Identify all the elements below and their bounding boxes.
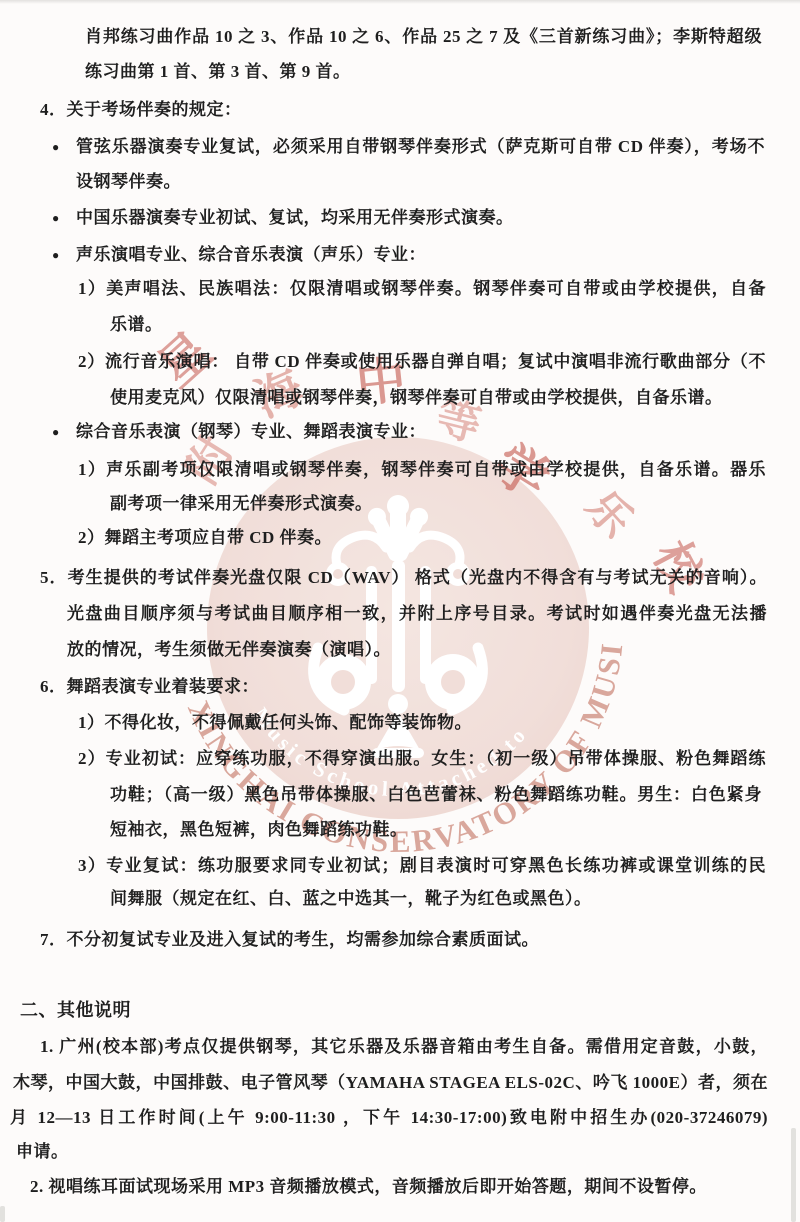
text-line: 综合音乐表演（钢琴）专业、舞蹈表演专业： [76, 419, 426, 445]
document-text: 肖邦练习曲作品 10 之 3、作品 10 之 6、作品 25 之 7 及《三首新… [0, 0, 800, 1222]
text-line: 光盘曲目顺序须与考试曲目顺序相一致，并附上序号目录。考试时如遇伴奏光盘无法播 [67, 601, 767, 627]
text-line: 间舞服（规定在红、白、蓝之中选其一，靴子为红色或黑色）。 [110, 886, 592, 912]
text-line: 申请。 [16, 1139, 69, 1165]
text-line: 2）流行音乐演唱： 自带 CD 伴奏或使用乐器自弹自唱；复试中演唱非流行歌曲部分… [78, 349, 766, 375]
text-line: 1）声乐副考项仅限清唱或钢琴伴奏，钢琴伴奏可自带或由学校提供，自备乐谱。器乐 [78, 457, 766, 483]
text-line: 4．关于考场伴奏的规定： [40, 97, 242, 123]
text-line: ● [52, 205, 60, 231]
text-line: 1. 广州(校本部)考点仅提供钢琴，其它乐器及乐器音箱由考生自备。需借用定音鼓，… [40, 1034, 768, 1060]
text-line: 月 12—13 日工作时间(上午 9:00-11:30 ，下午 14:30-17… [10, 1105, 768, 1131]
text-line: ● [52, 419, 60, 445]
text-line: 功鞋；（高一级）黑色吊带体操服、白色芭蕾袜、粉色舞蹈练功鞋。男生：白色紧身 [110, 782, 762, 808]
text-line: 2）舞蹈主考项应自带 CD 伴奏。 [78, 525, 332, 551]
text-line: 放的情况，考生须做无伴奏演奏（演唱）。 [67, 637, 391, 663]
text-line: 副考项一律采用无伴奏形式演奏。 [110, 491, 373, 517]
text-line: 练习曲第 1 首、第 3 首、第 9 首。 [85, 59, 351, 85]
text-line: 乐谱。 [110, 312, 163, 338]
text-line: 短袖衣，黑色短裤，肉色舞蹈练功鞋。 [110, 817, 408, 843]
section-heading: 二、其他说明 [20, 997, 131, 1023]
text-line: 2）专业初试：应穿练功服，不得穿演出服。女生：（初一级）吊带体操服、粉色舞蹈练 [78, 746, 766, 772]
text-line: 6．舞蹈表演专业着装要求： [40, 674, 259, 700]
text-line: 管弦乐器演奏专业复试，必须采用自带钢琴伴奏形式（萨克斯可自带 CD 伴奏），考场… [76, 134, 765, 160]
text-line: ● [52, 134, 60, 160]
text-line: 声乐演唱专业、综合音乐表演（声乐）专业： [76, 242, 426, 268]
text-line: 设钢琴伴奏。 [76, 169, 181, 195]
text-line: 中国乐器演奏专业初试、复试，均采用无伴奏形式演奏。 [76, 205, 514, 231]
text-line: ● [52, 242, 60, 268]
scan-artifact [791, 1128, 796, 1222]
text-line: 7．不分初复试专业及进入复试的考生，均需参加综合素质面试。 [40, 927, 539, 953]
scan-artifact [0, 1206, 5, 1222]
text-line: 1）不得化妆，不得佩戴任何头饰、配饰等装饰物。 [78, 710, 472, 736]
text-line: 2. 视唱练耳面试现场采用 MP3 音频播放模式，音频播放后即开始答题，期间不设… [30, 1174, 707, 1200]
text-line: 1）美声唱法、民族唱法：仅限清唱或钢琴伴奏。钢琴伴奏可自带或由学校提供，自备 [78, 276, 766, 302]
text-line: 木琴，中国大鼓，中国排鼓、电子管风琴（YAMAHA STAGEA ELS-02C… [13, 1070, 768, 1096]
document-page: XINGHAI CONSERVATORY OF MUSIC Music Scho… [0, 0, 800, 1222]
text-line: 使用麦克风）仅限清唱或钢琴伴奏，钢琴伴奏可自带或由学校提供，自备乐谱。 [110, 385, 723, 411]
text-line: 肖邦练习曲作品 10 之 3、作品 10 之 6、作品 25 之 7 及《三首新… [85, 24, 762, 50]
text-line: 3）专业复试：练功服要求同专业初试；剧目表演时可穿黑色长练功裤或课堂训练的民 [78, 853, 766, 879]
text-line: 5．考生提供的考试伴奏光盘仅限 CD（WAV） 格式（光盘内不得含有与考试无关的… [40, 565, 767, 591]
